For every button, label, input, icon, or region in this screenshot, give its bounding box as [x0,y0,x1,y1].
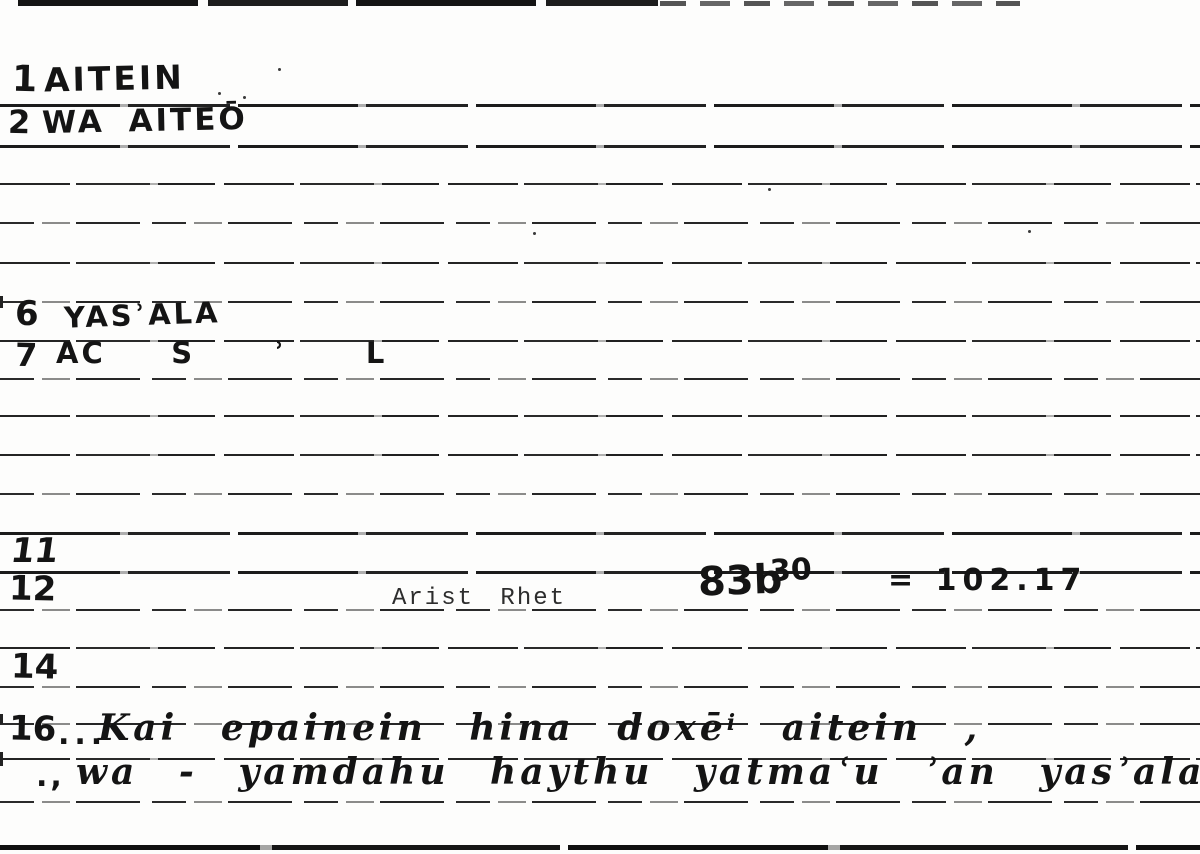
scan-speck [218,92,221,95]
ruled-line [0,378,1200,380]
ruled-line-through-typed-text [0,609,1200,611]
scan-artifact-bottom-band [0,845,1200,850]
entry-12-number: 12 [9,571,57,606]
ruled-line [0,415,1200,417]
scan-speck [533,232,536,235]
scan-speck [1028,230,1031,233]
entry-7-text: AC S ʾ L [56,339,387,368]
ruled-line [0,454,1200,456]
ruled-line [0,801,1200,803]
entry-16-text-end: aitein , [739,707,981,749]
entry-16-number: 16 [9,711,57,746]
ruled-line [0,532,1200,535]
last-line-text: wa - yamdahu haythu yatmaʿu ʾan yasʾala … [76,754,1200,790]
ruled-line [0,493,1200,495]
entry-2-number: 2 [8,106,31,139]
ruled-line [0,686,1200,688]
scanned-index-card: 1 AITEIN 2 WA AITEŌ 6 YASʾALA 7 AC S ʾ L… [0,0,1200,854]
ruled-line [0,183,1200,185]
entry-14-number: 14 [11,649,59,684]
scan-tick [0,714,3,724]
entry-16-text-main: Kai epainein hina doxē [98,707,727,749]
ruled-line [0,222,1200,224]
entry-6-text: YASʾALA [64,298,221,332]
entry-6-number: 6 [15,297,40,332]
scan-artifact-top-band-gray [660,1,1020,6]
entry-1-number: 1 [12,62,38,99]
scan-tick [0,752,3,766]
entry-16-text: Kai epainein hina doxēi aitein , [98,710,981,746]
last-line-dots: ., [36,762,65,792]
scan-speck [243,96,246,99]
scan-speck [278,68,281,71]
ruled-line [0,262,1200,264]
citation-superscript: 30 [769,555,812,587]
entry-7-number: 7 [15,339,38,372]
scan-tick [0,296,3,308]
ruled-line [0,647,1200,649]
entry-1-text: AITEIN [44,61,185,97]
scan-speck [768,188,771,191]
citation-value: = 102.17 [888,566,1087,596]
entry-11-number: 11 [9,534,61,568]
entry-16-superscript-iota: i [727,710,739,736]
entry-2-text: WA AITEŌ [42,104,248,139]
scan-artifact-top-band [18,0,658,6]
typed-reference: Arist Rhet [392,585,566,612]
ruled-line [0,145,1200,148]
